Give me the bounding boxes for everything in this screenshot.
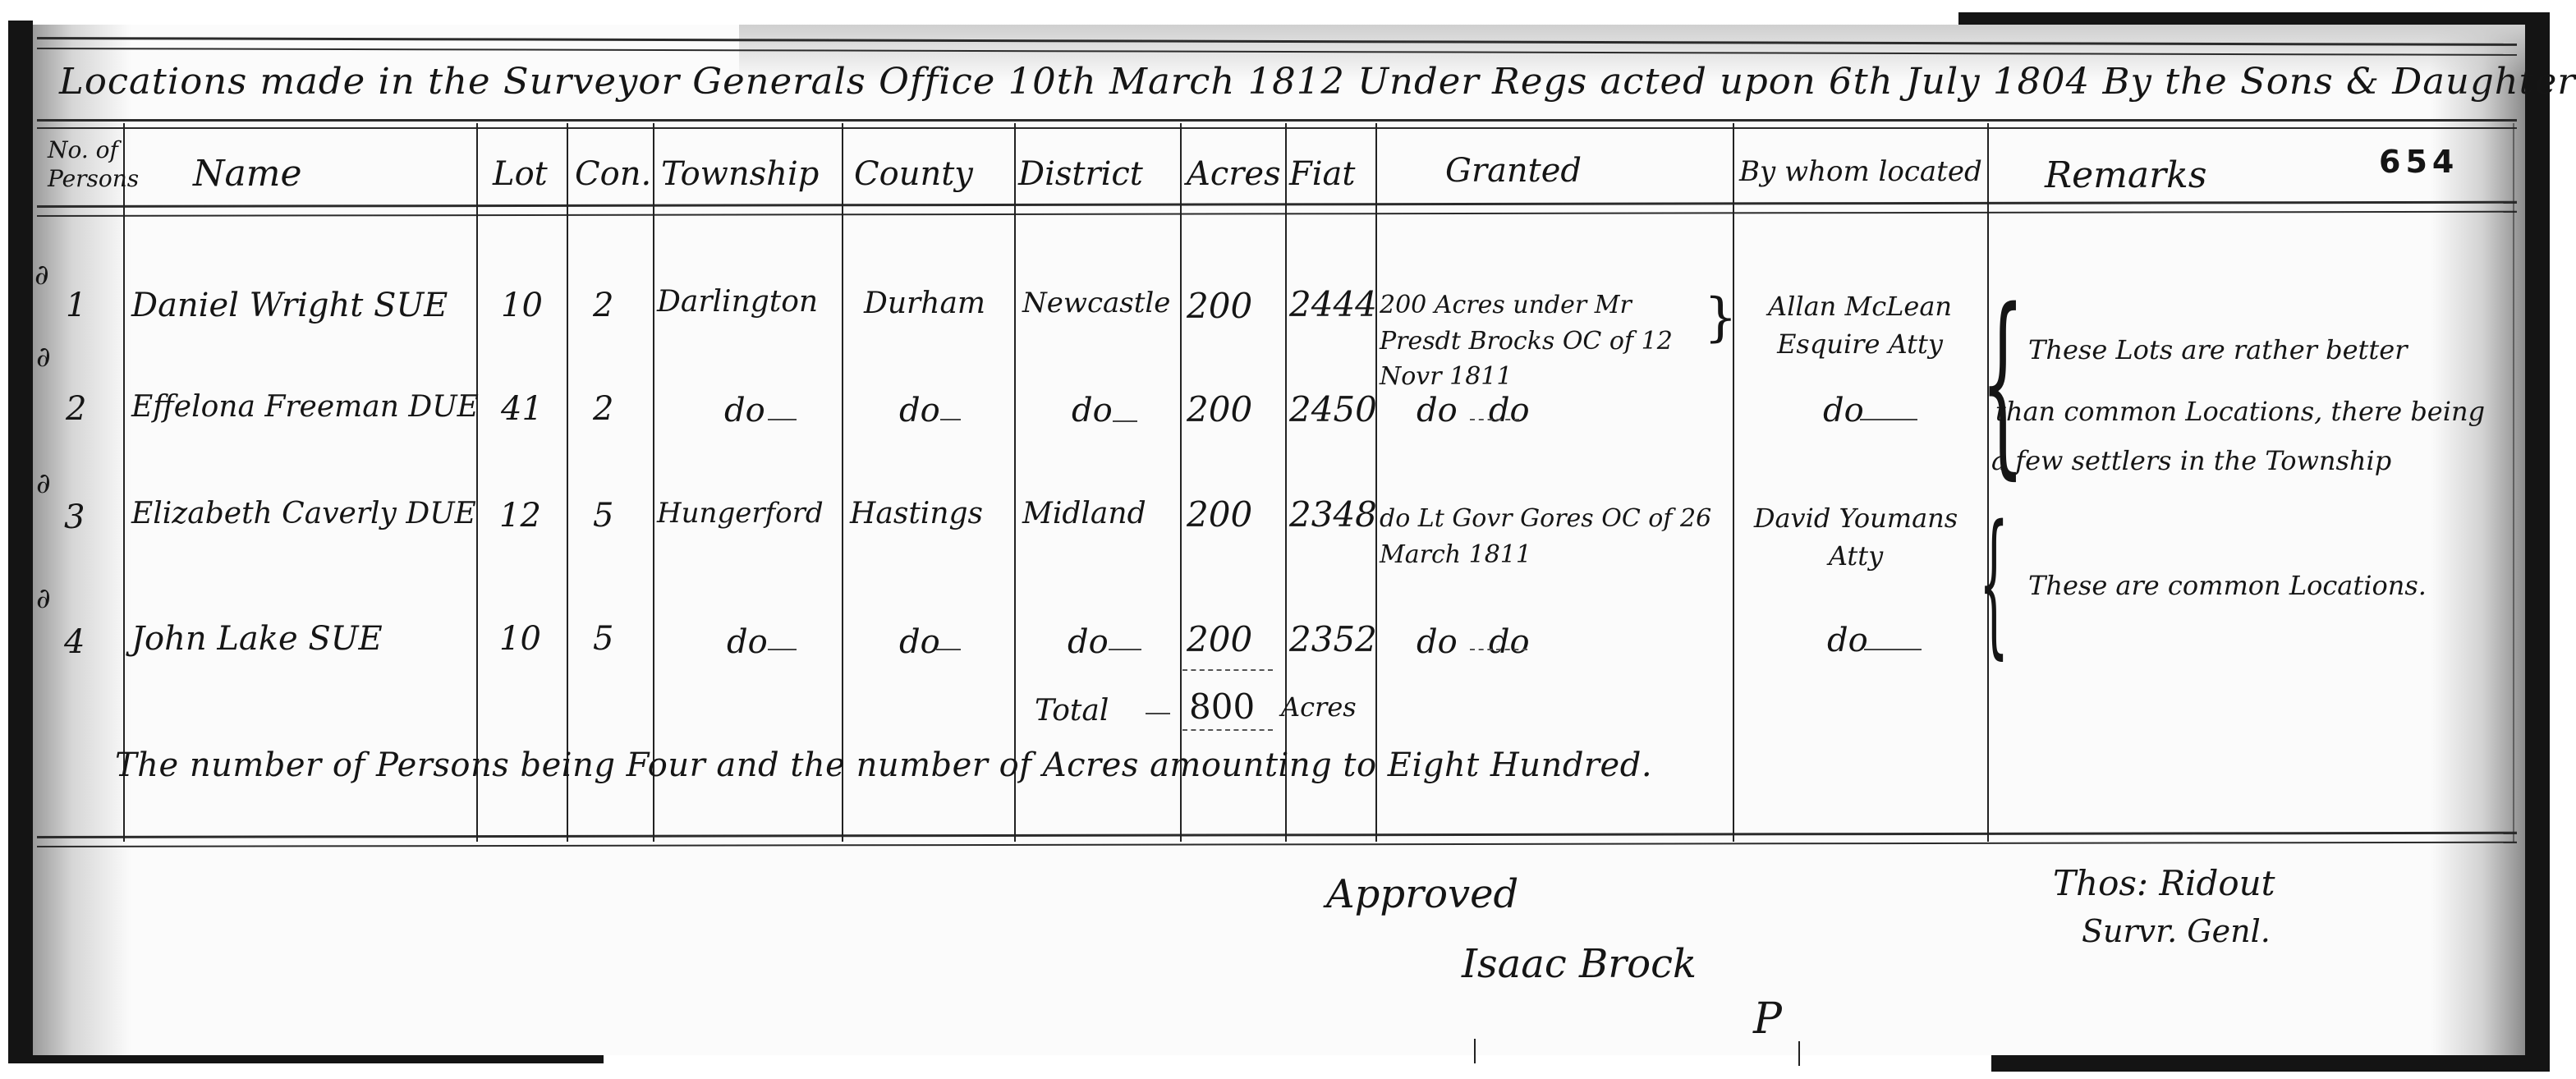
col-rule-granted bbox=[1733, 123, 1734, 842]
scan-border-right bbox=[2525, 12, 2550, 1059]
header-remarks: Remarks bbox=[2045, 158, 2206, 194]
cell-fiat: 2444 bbox=[1289, 287, 1377, 322]
header-county: County bbox=[854, 158, 973, 191]
cell-name: Elizabeth Caverly DUE bbox=[131, 499, 476, 529]
cell-district: Newcastle bbox=[1022, 289, 1170, 317]
cell-fiat: 2450 bbox=[1289, 393, 1377, 427]
approval-signature: Isaac Brock bbox=[1462, 944, 1697, 984]
header-township: Township bbox=[661, 158, 819, 191]
cell-name: John Lake SUE bbox=[131, 622, 383, 655]
col-rule-township bbox=[842, 123, 843, 842]
cell-acres: 200 bbox=[1187, 289, 1252, 324]
margin-mark: ∂ bbox=[36, 585, 51, 613]
col-rule-no bbox=[123, 123, 125, 842]
total-rule-above bbox=[1182, 669, 1273, 671]
cell-fiat: 2348 bbox=[1289, 498, 1377, 532]
cell-by-whom: do bbox=[1827, 624, 1868, 657]
cell-con: 5 bbox=[593, 622, 613, 655]
surveyor-title: Survr. Genl. bbox=[2082, 916, 2271, 947]
total-value: 800 bbox=[1189, 690, 1255, 724]
cell-lot: 12 bbox=[499, 499, 541, 532]
bottom-tick-1 bbox=[1474, 1039, 1476, 1063]
header-by-whom-located: By whom located bbox=[1739, 158, 1982, 186]
margin-mark: ∂ bbox=[36, 343, 51, 371]
scan-border-bottom-right bbox=[1991, 1055, 2550, 1072]
cell-township: do bbox=[724, 394, 765, 427]
cell-by-whom: Allan McLean Esquire Atty bbox=[1745, 287, 1975, 364]
header-acres: Acres bbox=[1187, 158, 1281, 191]
col-rule-fiat bbox=[1375, 123, 1377, 842]
remark-line-3: a few settlers in the Township bbox=[1991, 448, 2391, 474]
header-fiat: Fiat bbox=[1289, 158, 1355, 191]
ditto-dash bbox=[1109, 649, 1141, 650]
cell-township: do bbox=[727, 626, 768, 659]
cell-county: Durham bbox=[864, 289, 985, 319]
cell-con: 2 bbox=[593, 289, 613, 322]
col-rule-lot bbox=[567, 123, 568, 842]
cell-lot: 41 bbox=[501, 393, 543, 425]
total-label: Total bbox=[1035, 696, 1109, 726]
cell-no: 4 bbox=[64, 626, 85, 659]
cell-township: Darlington bbox=[657, 287, 818, 317]
col-rule-district bbox=[1180, 123, 1182, 842]
ditto-dash bbox=[768, 419, 797, 420]
header-district: District bbox=[1018, 158, 1143, 191]
cell-lot: 10 bbox=[501, 289, 543, 322]
col-rule-right bbox=[2513, 123, 2514, 842]
ditto-dash bbox=[1113, 420, 1137, 422]
cell-con: 5 bbox=[593, 499, 613, 532]
bottom-tick-2 bbox=[1798, 1041, 1800, 1066]
total-rule-below bbox=[1182, 729, 1273, 731]
cell-by-whom: do bbox=[1823, 394, 1864, 427]
cell-district: do bbox=[1072, 394, 1113, 427]
cell-acres: 200 bbox=[1187, 393, 1252, 427]
cell-con: 2 bbox=[593, 393, 613, 425]
header-granted: Granted bbox=[1445, 154, 1582, 187]
cell-granted: 200 Acres under Mr Presdt Brocks OC of 1… bbox=[1380, 287, 1683, 395]
margin-mark: ∂ bbox=[36, 470, 51, 498]
cell-district: Midland bbox=[1022, 499, 1146, 529]
ditto-dash bbox=[1864, 649, 1922, 650]
cell-acres: 200 bbox=[1187, 622, 1252, 657]
ditto-dash bbox=[1860, 419, 1917, 420]
ditto-dash bbox=[936, 649, 961, 650]
approved-label: Approved bbox=[1326, 875, 1518, 914]
cell-acres: 200 bbox=[1187, 498, 1252, 532]
cell-no: 3 bbox=[64, 501, 85, 534]
page-number: 654 bbox=[2379, 146, 2459, 177]
total-dash bbox=[1146, 713, 1170, 714]
cell-county: do bbox=[899, 394, 940, 427]
cell-county: Hastings bbox=[850, 499, 983, 529]
cell-no: 2 bbox=[66, 393, 86, 425]
header-no-of-persons: No. of Persons bbox=[48, 135, 122, 193]
remark-line-2: than common Locations, there being bbox=[1995, 398, 2485, 425]
document-title: Locations made in the Surveyor Generals … bbox=[59, 64, 2576, 100]
cell-township: Hungerford bbox=[657, 499, 824, 527]
brace-granted-row1: } bbox=[1704, 292, 1738, 344]
margin-mark: ∂ bbox=[34, 261, 49, 289]
cell-name: Daniel Wright SUE bbox=[131, 289, 448, 322]
ditto-dash bbox=[1470, 649, 1527, 650]
cell-granted: do do bbox=[1417, 626, 1530, 659]
cell-name: Effelona Freeman DUE bbox=[131, 393, 479, 422]
cell-lot: 10 bbox=[499, 622, 541, 655]
header-con: Con. bbox=[575, 158, 651, 191]
col-rule-con bbox=[653, 123, 654, 842]
cell-district: do bbox=[1068, 626, 1109, 659]
header-lot: Lot bbox=[493, 158, 548, 191]
remark-line-1: These Lots are rather better bbox=[2028, 337, 2408, 363]
remark-common-locations: These are common Locations. bbox=[2028, 572, 2427, 599]
col-rule-name bbox=[476, 123, 478, 842]
total-unit: Acres bbox=[1281, 694, 1357, 720]
col-rule-acres bbox=[1285, 123, 1287, 842]
cell-granted: do Lt Govr Gores OC of 26 March 1811 bbox=[1380, 501, 1724, 572]
header-rule-top-2 bbox=[37, 127, 2517, 129]
approval-initial: P bbox=[1753, 998, 1782, 1040]
scan-border-left bbox=[8, 21, 33, 1059]
cell-no: 1 bbox=[66, 289, 86, 322]
ditto-dash bbox=[1470, 419, 1519, 420]
header-rule-top-1 bbox=[37, 119, 2517, 122]
cell-by-whom: David Youmans Atty bbox=[1745, 499, 1967, 576]
ditto-dash bbox=[768, 649, 797, 650]
header-name: Name bbox=[193, 156, 302, 192]
cell-fiat: 2352 bbox=[1289, 622, 1377, 657]
col-rule-county bbox=[1014, 123, 1016, 842]
ditto-dash bbox=[940, 419, 961, 420]
summary-line: The number of Persons being Four and the… bbox=[115, 749, 1652, 782]
surveyor-name: Thos: Ridout bbox=[2053, 866, 2275, 901]
cell-county: do bbox=[899, 626, 940, 659]
cell-granted: do do bbox=[1417, 394, 1530, 427]
brace-remarks-2: { bbox=[1979, 505, 2009, 661]
